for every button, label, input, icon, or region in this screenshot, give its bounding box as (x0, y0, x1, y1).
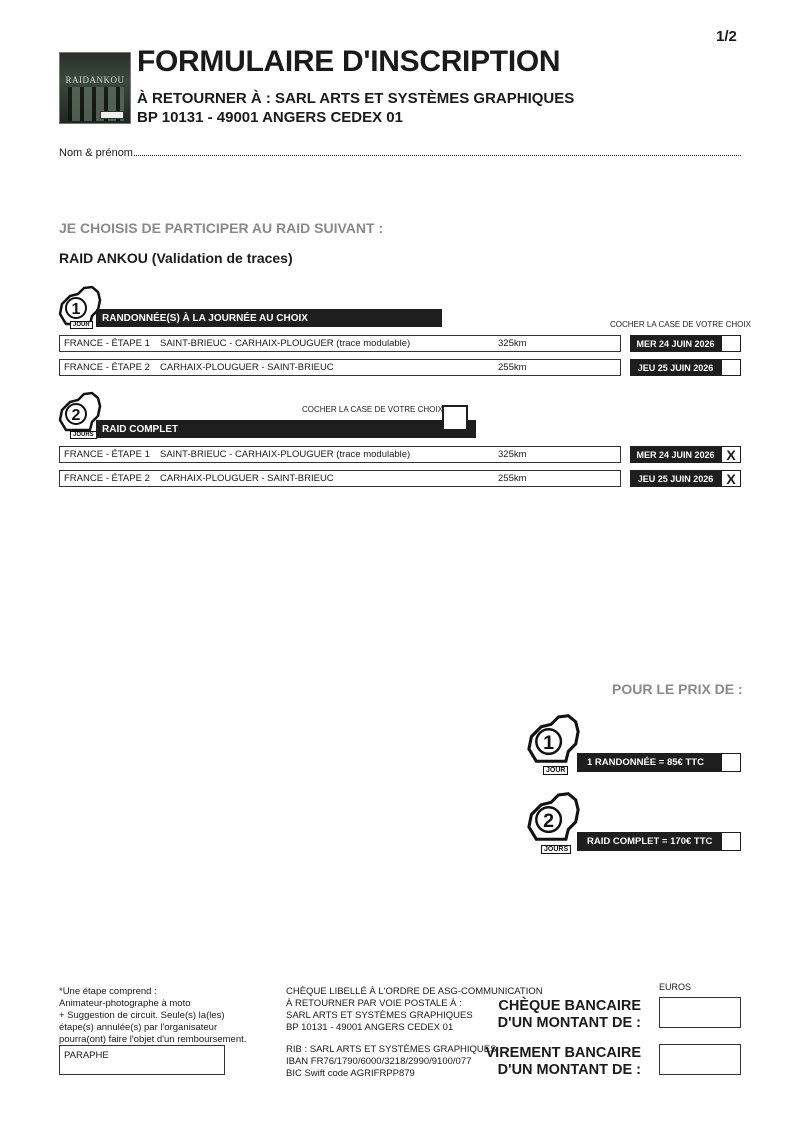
svg-text:1: 1 (72, 301, 81, 318)
paraphe-field[interactable]: PARAPHE (59, 1045, 225, 1075)
full-stage-2-checkbox[interactable]: X (721, 470, 741, 487)
paraphe-label: PARAPHE (64, 1050, 109, 1061)
note-line: *Une étape comprend : (59, 986, 246, 998)
note-line: étape(s) annulée(s) par l'organisateur (59, 1022, 246, 1034)
rib-details: RIB : SARL ARTS ET SYSTÈMES GRAPHIQUES I… (286, 1044, 496, 1080)
svg-text:1: 1 (543, 732, 554, 754)
one-day-price-option: 1 RANDONNÉE = 85€ TTC (577, 753, 741, 772)
full-date-stage-1: MER 24 JUIN 2026 X (630, 446, 741, 463)
price-label: 1 RANDONNÉE = 85€ TTC (577, 753, 721, 772)
raid-name: RAID ANKOU (Validation de traces) (59, 250, 293, 266)
distance-label: 325km (498, 449, 598, 460)
selection-question: JE CHOISIS DE PARTICIPER AU RAID SUIVANT… (59, 220, 383, 236)
name-field-dotted-line[interactable] (134, 147, 741, 156)
return-address-line: À RETOURNER À : SARL ARTS ET SYSTÈMES GR… (137, 90, 574, 107)
stage-note: *Une étape comprend : Animateur-photogra… (59, 986, 246, 1046)
price-label: RAID COMPLET = 170€ TTC (577, 832, 721, 851)
day-stage-1-checkbox[interactable] (721, 335, 741, 352)
full-raid-price-option: RAID COMPLET = 170€ TTC (577, 832, 741, 851)
cheque-line: CHÈQUE LIBELLÉ À L'ORDRE DE ASG-COMMUNIC… (286, 986, 543, 998)
route-label: CARHAIX-PLOUGUER - SAINT-BRIEUC (160, 473, 498, 484)
full-row-stage-1: FRANCE - ÉTAPE 1 SAINT-BRIEUC - CARHAIX-… (59, 446, 621, 463)
date-label: MER 24 JUIN 2026 (630, 446, 721, 463)
logo-text: RAIDANKOU (60, 75, 130, 85)
pricing-title: POUR LE PRIX DE : (612, 681, 743, 697)
full-row-stage-2: FRANCE - ÉTAPE 2 CARHAIX-PLOUGUER - SAIN… (59, 470, 621, 487)
note-line: Animateur-photographe à moto (59, 998, 246, 1010)
name-field[interactable]: Nom & prénom (59, 147, 741, 159)
full-date-stage-2: JEU 25 JUIN 2026 X (630, 470, 741, 487)
full-section-instruction: COCHER LA CASE DE VOTRE CHOIX (302, 405, 443, 414)
cheque-amount-label: CHÈQUE BANCAIRE D'UN MONTANT DE : (498, 998, 641, 1032)
transfer-amount-input[interactable] (659, 1044, 741, 1075)
logo-badge (100, 111, 124, 119)
currency-label: EUROS (659, 982, 691, 992)
day-date-stage-2: JEU 25 JUIN 2026 (630, 359, 741, 376)
distance-label: 325km (498, 338, 598, 349)
date-label: MER 24 JUIN 2026 (630, 335, 721, 352)
day-date-stage-1: MER 24 JUIN 2026 (630, 335, 741, 352)
raid-ankou-logo: RAIDANKOU (59, 52, 131, 124)
two-days-price-label: JOURS (541, 845, 571, 854)
cheque-amount-input[interactable] (659, 997, 741, 1028)
date-label: JEU 25 JUIN 2026 (630, 470, 721, 487)
transfer-label-line-2: D'UN MONTANT DE : (486, 1062, 641, 1079)
page-number: 1/2 (716, 28, 737, 45)
name-field-label: Nom & prénom (59, 147, 133, 159)
day-stage-2-checkbox[interactable] (721, 359, 741, 376)
one-day-price-label: JOUR (543, 766, 568, 775)
form-title: FORMULAIRE D'INSCRIPTION (137, 45, 560, 79)
full-raid-price-checkbox[interactable] (721, 832, 741, 851)
one-day-label: JOUR (70, 321, 93, 329)
two-days-label: JOURS (70, 431, 97, 439)
one-day-price-checkbox[interactable] (721, 753, 741, 772)
distance-label: 255km (498, 362, 598, 373)
day-row-stage-1: FRANCE - ÉTAPE 1 SAINT-BRIEUC - CARHAIX-… (59, 335, 621, 352)
svg-text:2: 2 (543, 810, 554, 832)
rib-line: IBAN FR76/1790/6000/3218/2990/9100/077 (286, 1056, 496, 1068)
stage-label: FRANCE - ÉTAPE 1 (60, 449, 160, 460)
day-row-stage-2: FRANCE - ÉTAPE 2 CARHAIX-PLOUGUER - SAIN… (59, 359, 621, 376)
stage-label: FRANCE - ÉTAPE 2 (60, 473, 160, 484)
route-label: SAINT-BRIEUC - CARHAIX-PLOUGUER (trace m… (160, 338, 498, 349)
full-raid-checkbox[interactable] (442, 405, 468, 431)
note-line: + Suggestion de circuit. Seule(s) la(les… (59, 1010, 246, 1022)
route-label: CARHAIX-PLOUGUER - SAINT-BRIEUC (160, 362, 498, 373)
svg-text:2: 2 (72, 407, 81, 424)
date-label: JEU 25 JUIN 2026 (630, 359, 721, 376)
distance-label: 255km (498, 473, 598, 484)
cheque-label-line-2: D'UN MONTANT DE : (498, 1015, 641, 1032)
stage-label: FRANCE - ÉTAPE 2 (60, 362, 160, 373)
transfer-label-line-1: VIREMENT BANCAIRE (486, 1045, 641, 1062)
cheque-label-line-1: CHÈQUE BANCAIRE (498, 998, 641, 1015)
full-section-header: RAID COMPLET (96, 420, 476, 438)
day-section-header: RANDONNÉE(S) À LA JOURNÉE AU CHOIX (96, 309, 442, 327)
full-stage-1-checkbox[interactable]: X (721, 446, 741, 463)
transfer-amount-label: VIREMENT BANCAIRE D'UN MONTANT DE : (486, 1045, 641, 1079)
postal-address: BP 10131 - 49001 ANGERS CEDEX 01 (137, 109, 403, 126)
route-label: SAINT-BRIEUC - CARHAIX-PLOUGUER (trace m… (160, 449, 498, 460)
stage-label: FRANCE - ÉTAPE 1 (60, 338, 160, 349)
day-section-instruction: COCHER LA CASE DE VOTRE CHOIX (610, 320, 751, 329)
rib-line: RIB : SARL ARTS ET SYSTÈMES GRAPHIQUES (286, 1044, 496, 1056)
rib-line: BIC Swift code AGRIFRPP879 (286, 1068, 496, 1080)
